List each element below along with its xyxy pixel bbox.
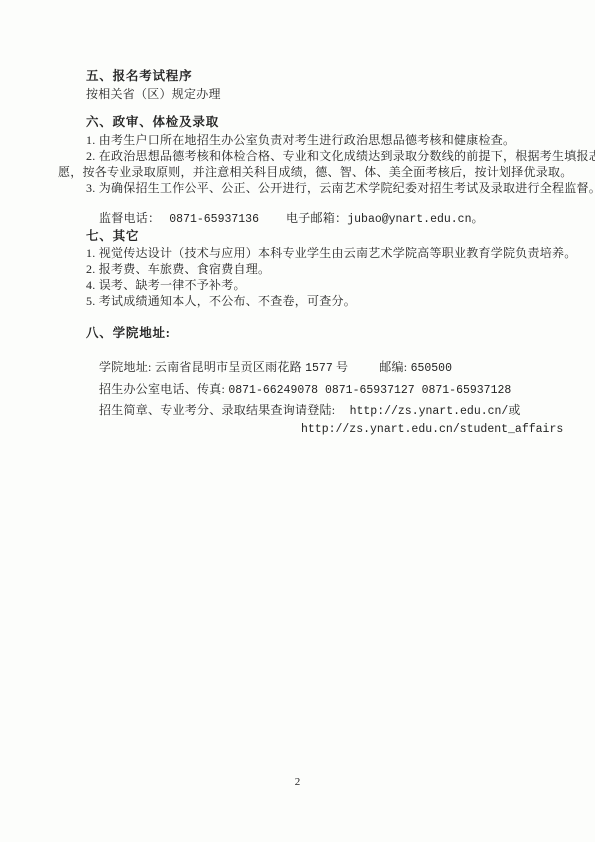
section-6-heading: 六、政审、体检及录取 — [86, 115, 219, 129]
email-label: 电子邮箱： — [286, 211, 347, 225]
section-6-item-2-line-1: 2. 在政治思想品德考核和体检合格、专业和文化成绩达到录取分数线的前提下，根据考… — [86, 149, 595, 163]
section-8-heading: 八、学院地址: — [86, 326, 171, 340]
section-6-item-1: 1. 由考生户口所在地招生办公室负责对考生进行政治思想品德考核和健康检查。 — [86, 133, 515, 147]
document-page: 五、报名考试程序 按相关省（区）规定办理 六、政审、体检及录取 1. 由考生户口… — [0, 0, 595, 842]
page-number: 2 — [0, 776, 595, 788]
email-address: jubao@ynart.edu.cn — [347, 213, 471, 226]
section-5-body: 按相关省（区）规定办理 — [86, 87, 221, 101]
email-period: 。 — [471, 211, 483, 225]
section-6-item-3: 3. 为确保招生工作公平、公正、公开进行，云南艺术学院纪委对招生考试及录取进行全… — [86, 181, 595, 195]
section-7-item-4: 4. 误考、缺考一律不予补考。 — [86, 278, 246, 292]
section-7-heading: 七、其它 — [86, 229, 139, 243]
section-7-item-2: 2. 报考费、车旅费、食宿费自理。 — [86, 262, 270, 276]
section-5-heading: 五、报名考试程序 — [86, 69, 192, 83]
section-7-item-5: 5. 考试成绩通知本人，不公布、不查卷，可查分。 — [86, 294, 356, 308]
supervision-line: 监督电话：0871-65937136电子邮箱：jubao@ynart.edu.c… — [86, 197, 484, 241]
section-6-item-2-line-2: 愿，按各专业录取原则，并注意相关科目成绩，德、智、体、美全面考核后，按计划择优录… — [58, 165, 573, 179]
section-7-item-1: 1. 视觉传达设计（技术与应用）本科专业学生由云南艺术学院高等职业教育学院负责培… — [86, 246, 577, 260]
website-url-2: http://zs.ynart.edu.cn/student_affairs — [301, 423, 563, 436]
supervision-phone: 0871-65937136 — [169, 213, 259, 226]
supervision-phone-label: 监督电话： — [99, 211, 160, 225]
website-url-2-line: http://zs.ynart.edu.cn/student_affairs — [288, 407, 563, 451]
